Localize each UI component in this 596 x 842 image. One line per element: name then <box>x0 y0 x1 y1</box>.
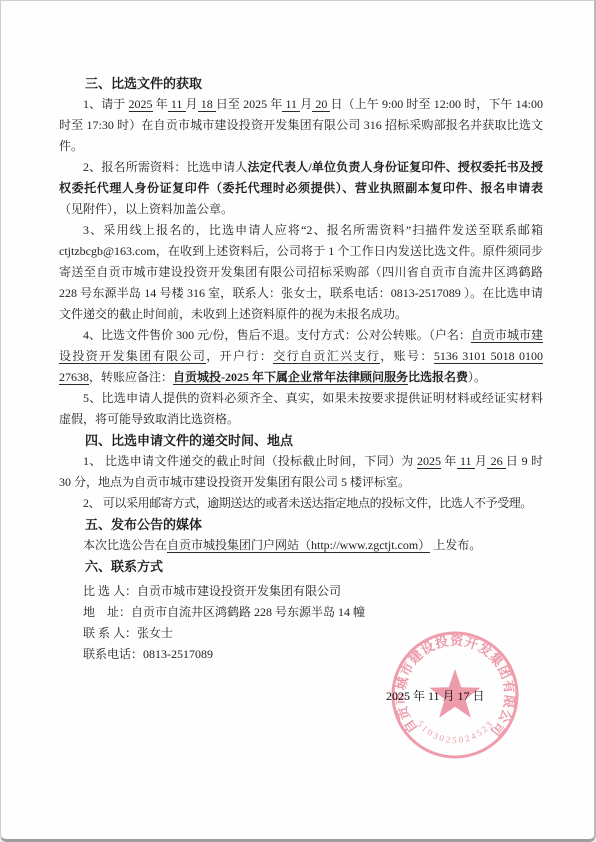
text-run: （见附件），以上资料加盖公章。 <box>59 202 233 216</box>
text-run: ，转账应备注： <box>89 370 173 384</box>
portal-website-name: 自贡市城投集团门户网站（http://www.zgctjt.com） <box>167 538 430 553</box>
text-run: 2、报名所需资料：比选申请人 <box>83 160 247 174</box>
contact-bidder-line: 比 选 人：自贡市城市建设投资开发集团有限公司 <box>59 581 543 602</box>
transfer-remark-fee: 比选报名费 <box>408 370 468 384</box>
para-announcement-website: 本次比选公告在自贡市城投集团门户网站（http://www.zgctjt.com… <box>59 535 543 556</box>
text-run: 年 <box>441 454 457 468</box>
text-run: 月 <box>186 97 198 111</box>
star-icon <box>429 669 480 718</box>
start-day-field: 18 <box>198 97 216 112</box>
transfer-remark: 自贡城投-2025 年下属企业常年法律顾问服务 <box>173 370 408 385</box>
deadline-day-field: 26 <box>487 454 506 469</box>
text-run: ）。 <box>468 370 486 384</box>
para-mail-delivery: 2、 可以采用邮寄方式，逾期送达的或者未送达指定地点的投标文件，比选人不予受理。 <box>59 493 543 514</box>
end-month-field: 11 <box>282 97 300 112</box>
text-run: 1、请于 <box>83 97 129 111</box>
text-run: 5、比选申请人提供的资料必须齐全、真实，如果未按要求提供证明材料或经证实材料虚假… <box>59 391 543 426</box>
para-materials-truthfulness: 5、比选申请人提供的资料必须齐全、真实，如果未按要求提供证明材料或经证实材料虚假… <box>59 388 543 430</box>
document-body: 三、比选文件的获取 1、请于 2025 年 11 月 18 日至 2025 年 … <box>59 73 543 665</box>
company-seal: 自贡市城市建设投资开发集团有限公司 5103025024523 <box>390 630 520 760</box>
deadline-month-field: 11 <box>457 454 475 469</box>
para-registration-time: 1、请于 2025 年 11 月 18 日至 2025 年 11 月 20 日（… <box>59 94 543 157</box>
text-run: ，账号： <box>380 349 434 363</box>
section-heading-announcement-media: 五、发布公告的媒体 <box>59 514 543 535</box>
text-run: 2、 可以采用邮寄方式，逾期送达的或者未送达指定地点的投标文件，比选人不予受理。 <box>83 496 532 510</box>
section-heading-submission: 四、比选申请文件的递交时间、地点 <box>59 430 543 451</box>
deadline-year-field: 2025 <box>417 454 441 469</box>
bank-name: 交行自贡汇兴支行 <box>273 349 380 364</box>
text-run: 4、比选文件售价 300 元/份，售后不退。支付方式：公对公转账。（户名： <box>83 328 471 342</box>
text-run: 本次比选公告在 <box>83 538 167 552</box>
start-year-field: 2025 <box>129 97 153 112</box>
text-run: 月 <box>300 97 312 111</box>
scanned-document-page: 三、比选文件的获取 1、请于 2025 年 11 月 18 日至 2025 年 … <box>0 0 596 842</box>
text-run: 1、 比选申请文件递交的截止时间（投标截止时间，下同）为 <box>83 454 417 468</box>
text-run: 3、采用线上报名的，比选申请人应将“2、报名所需资料”扫描件发送至联系邮箱 ct… <box>59 223 543 321</box>
text-run: ，开户行： <box>206 349 273 363</box>
para-document-fee: 4、比选文件售价 300 元/份，售后不退。支付方式：公对公转账。（户名：自贡市… <box>59 325 543 388</box>
seal-serial-text: 5103025024523 <box>415 718 496 745</box>
text-run: 上发布。 <box>430 538 481 552</box>
contact-address-line: 地 址：自贡市自流井区鸿鹤路 228 号东源半岛 14 幢 <box>59 602 543 623</box>
para-submission-deadline: 1、 比选申请文件递交的截止时间（投标截止时间，下同）为 2025 年 11 月… <box>59 451 543 493</box>
text-run: 月 <box>475 454 487 468</box>
end-day-field: 20 <box>312 97 330 112</box>
section-heading-contact: 六、联系方式 <box>59 556 543 577</box>
text-run: 年 <box>153 97 168 111</box>
section-heading-obtain-files: 三、比选文件的获取 <box>59 73 543 94</box>
start-month-field: 11 <box>168 97 186 112</box>
text-run: 日至 2025 年 <box>216 97 283 111</box>
para-online-registration: 3、采用线上报名的，比选申请人应将“2、报名所需资料”扫描件发送至联系邮箱 ct… <box>59 220 543 325</box>
para-required-materials: 2、报名所需资料：比选申请人法定代表人/单位负责人身份证复印件、授权委托书及授权… <box>59 157 543 220</box>
